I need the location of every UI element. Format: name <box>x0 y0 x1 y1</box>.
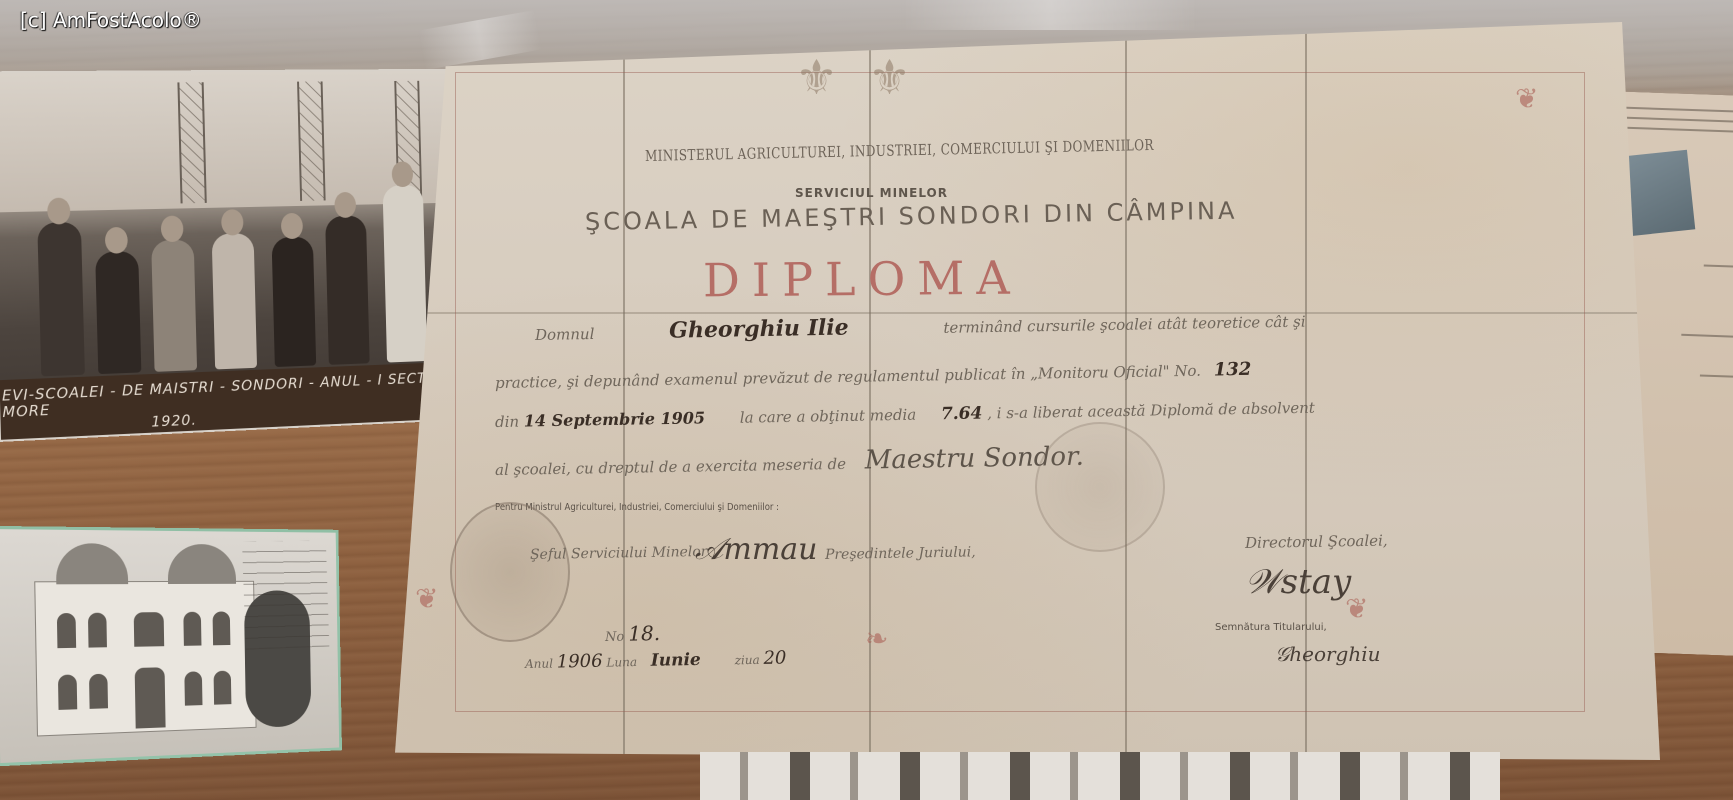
person-figure <box>151 239 197 371</box>
director-label: Directorul Şcoalei, <box>1245 532 1388 552</box>
person-figure <box>37 222 85 377</box>
issue-year: 1906 <box>557 651 603 673</box>
director-signature: 𝒲stay <box>1245 562 1351 602</box>
line3-mid: la care a obţinut media <box>740 406 917 427</box>
holder-signature-label: Semnătura Titularului, <box>1215 622 1327 633</box>
monitor-number: 132 <box>1214 359 1252 381</box>
number-label: No <box>605 630 624 645</box>
crest-icon: ⚜⚜ <box>795 50 945 130</box>
building-illustration <box>34 581 256 737</box>
floral-ornament-icon: ❧ <box>865 622 888 655</box>
floral-ornament-icon: ❦ <box>415 582 438 615</box>
group-photo-1920: EVI-SCOALEI - DE MAISTRI - SONDORI - ANU… <box>0 69 496 442</box>
person-figure <box>95 251 141 374</box>
year-label: Anul <box>525 657 553 671</box>
oil-derrick-icon <box>177 82 206 203</box>
line1-suffix: terminând cursurile şcoalei atât teoreti… <box>943 313 1306 337</box>
line4-prefix: al şcoalei, cu dreptul de a exercita mes… <box>495 455 846 479</box>
issue-day: 20 <box>763 647 786 668</box>
floral-ornament-icon: ❦ <box>1515 82 1538 115</box>
diploma-document: ⚜⚜ ❦ ❧ ❦ ❦ MINISTERUL AGRICULTUREI, INDU… <box>395 22 1660 760</box>
decorative-border <box>455 72 1585 712</box>
chief-signature: 𝒜mmau <box>695 532 817 567</box>
recipient-name: Gheorghiu Ilie <box>669 315 849 344</box>
day-label: ziua <box>735 653 760 667</box>
stamp-seal-icon <box>1035 422 1165 552</box>
average-grade: 7.64 <box>941 403 983 424</box>
diploma-title: DIPLOMA <box>703 251 1022 308</box>
person-figure <box>383 185 428 363</box>
chief-label: Şeful Serviciului Minelor <box>530 544 708 563</box>
line3-prefix: din <box>495 413 519 431</box>
holder-signature: 𝒢heorghiu <box>1275 642 1381 666</box>
id-photo <box>1622 150 1695 236</box>
person-figure <box>325 215 370 365</box>
stamp-seal-icon <box>450 502 570 642</box>
handwritten-note <box>242 541 329 650</box>
month-label: Luna <box>606 655 637 670</box>
watermark: [c] AmFostAcolo® <box>20 8 202 32</box>
oil-derrick-icon <box>297 81 326 200</box>
person-figure <box>272 236 317 367</box>
postcard-building <box>0 526 342 766</box>
president-label: Preşedintele Juriului, <box>825 544 976 563</box>
line1-prefix: Domnul <box>535 325 595 344</box>
exam-date: 14 Septembrie 1905 <box>524 408 706 430</box>
diploma-number: 18. <box>628 621 660 646</box>
service-heading: SERVICIUL MINELOR <box>795 186 948 200</box>
bottom-photo-strip <box>700 752 1500 800</box>
person-figure <box>212 233 257 370</box>
issue-month: Iunie <box>651 650 701 671</box>
